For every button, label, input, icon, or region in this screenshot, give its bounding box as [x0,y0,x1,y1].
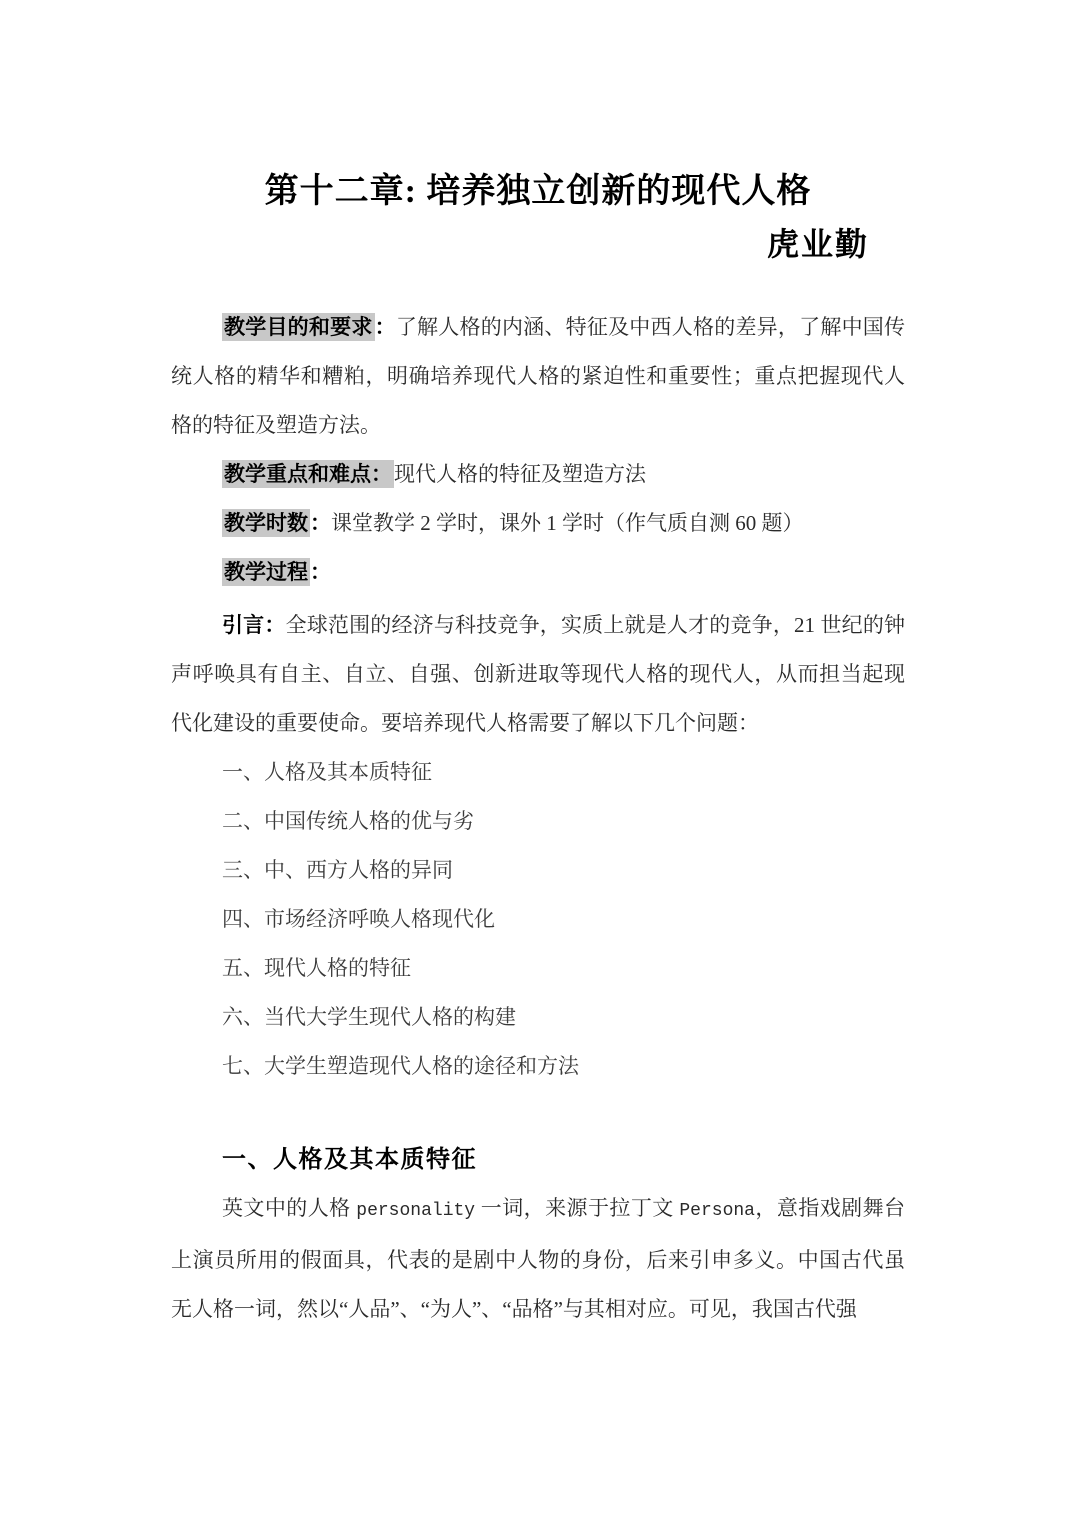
outline-item-3: 三、中、西方人格的异同 [171,846,905,895]
section-1-text-part-1: 英文中的人格 [222,1196,356,1220]
outline-item-5: 五、现代人格的特征 [171,944,905,993]
document-page: 第十二章: 培养独立创新的现代人格 虎业勤 教学目的和要求：了解人格的内涵、特征… [0,0,1075,1518]
paragraph-introduction: 引言：全球范围的经济与科技竞争，实质上就是人才的竞争，21 世纪的钟声呼唤具有自… [171,601,905,748]
teaching-process-label: 教学过程 [222,558,310,586]
teaching-objectives-colon: ： [375,315,396,339]
section-1-text-part-2: 一词，来源于拉丁文 [475,1196,679,1220]
teaching-hours-label: 教学时数 [222,509,310,537]
key-points-label: 教学重点和难点： [222,460,394,488]
outline-item-4: 四、市场经济呼唤人格现代化 [171,895,905,944]
latin-term-persona: Persona [679,1201,755,1221]
document-body: 第十二章: 培养独立创新的现代人格 虎业勤 教学目的和要求：了解人格的内涵、特征… [171,166,905,1334]
outline-item-1: 一、人格及其本质特征 [171,748,905,797]
paragraph-key-points: 教学重点和难点：现代人格的特征及塑造方法 [171,450,905,499]
section-1-heading: 一、人格及其本质特征 [171,1135,905,1184]
teaching-hours-colon: ： [310,511,331,535]
paragraph-teaching-objectives: 教学目的和要求：了解人格的内涵、特征及中西人格的差异，了解中国传统人格的精华和糟… [171,303,905,450]
teaching-objectives-label: 教学目的和要求 [222,313,375,341]
outline-item-6: 六、当代大学生现代人格的构建 [171,993,905,1042]
outline-item-7: 七、大学生塑造现代人格的途径和方法 [171,1042,905,1091]
key-points-text: 现代人格的特征及塑造方法 [394,462,646,486]
paragraph-teaching-hours: 教学时数：课堂教学 2 学时，课外 1 学时（作气质自测 60 题） [171,499,905,548]
outline-item-2: 二、中国传统人格的优与劣 [171,797,905,846]
paragraph-teaching-process: 教学过程： [171,548,905,597]
introduction-label: 引言： [222,613,286,637]
english-term-personality: personality [356,1201,475,1221]
outline-list: 一、人格及其本质特征 二、中国传统人格的优与劣 三、中、西方人格的异同 四、市场… [171,748,905,1091]
teaching-process-colon: ： [310,560,331,584]
section-1-paragraph: 英文中的人格 personality 一词，来源于拉丁文 Persona，意指戏… [171,1184,905,1334]
author-name: 虎业勤 [171,218,905,270]
teaching-hours-text: 课堂教学 2 学时，课外 1 学时（作气质自测 60 题） [331,511,804,535]
chapter-title: 第十二章: 培养独立创新的现代人格 [171,166,905,218]
